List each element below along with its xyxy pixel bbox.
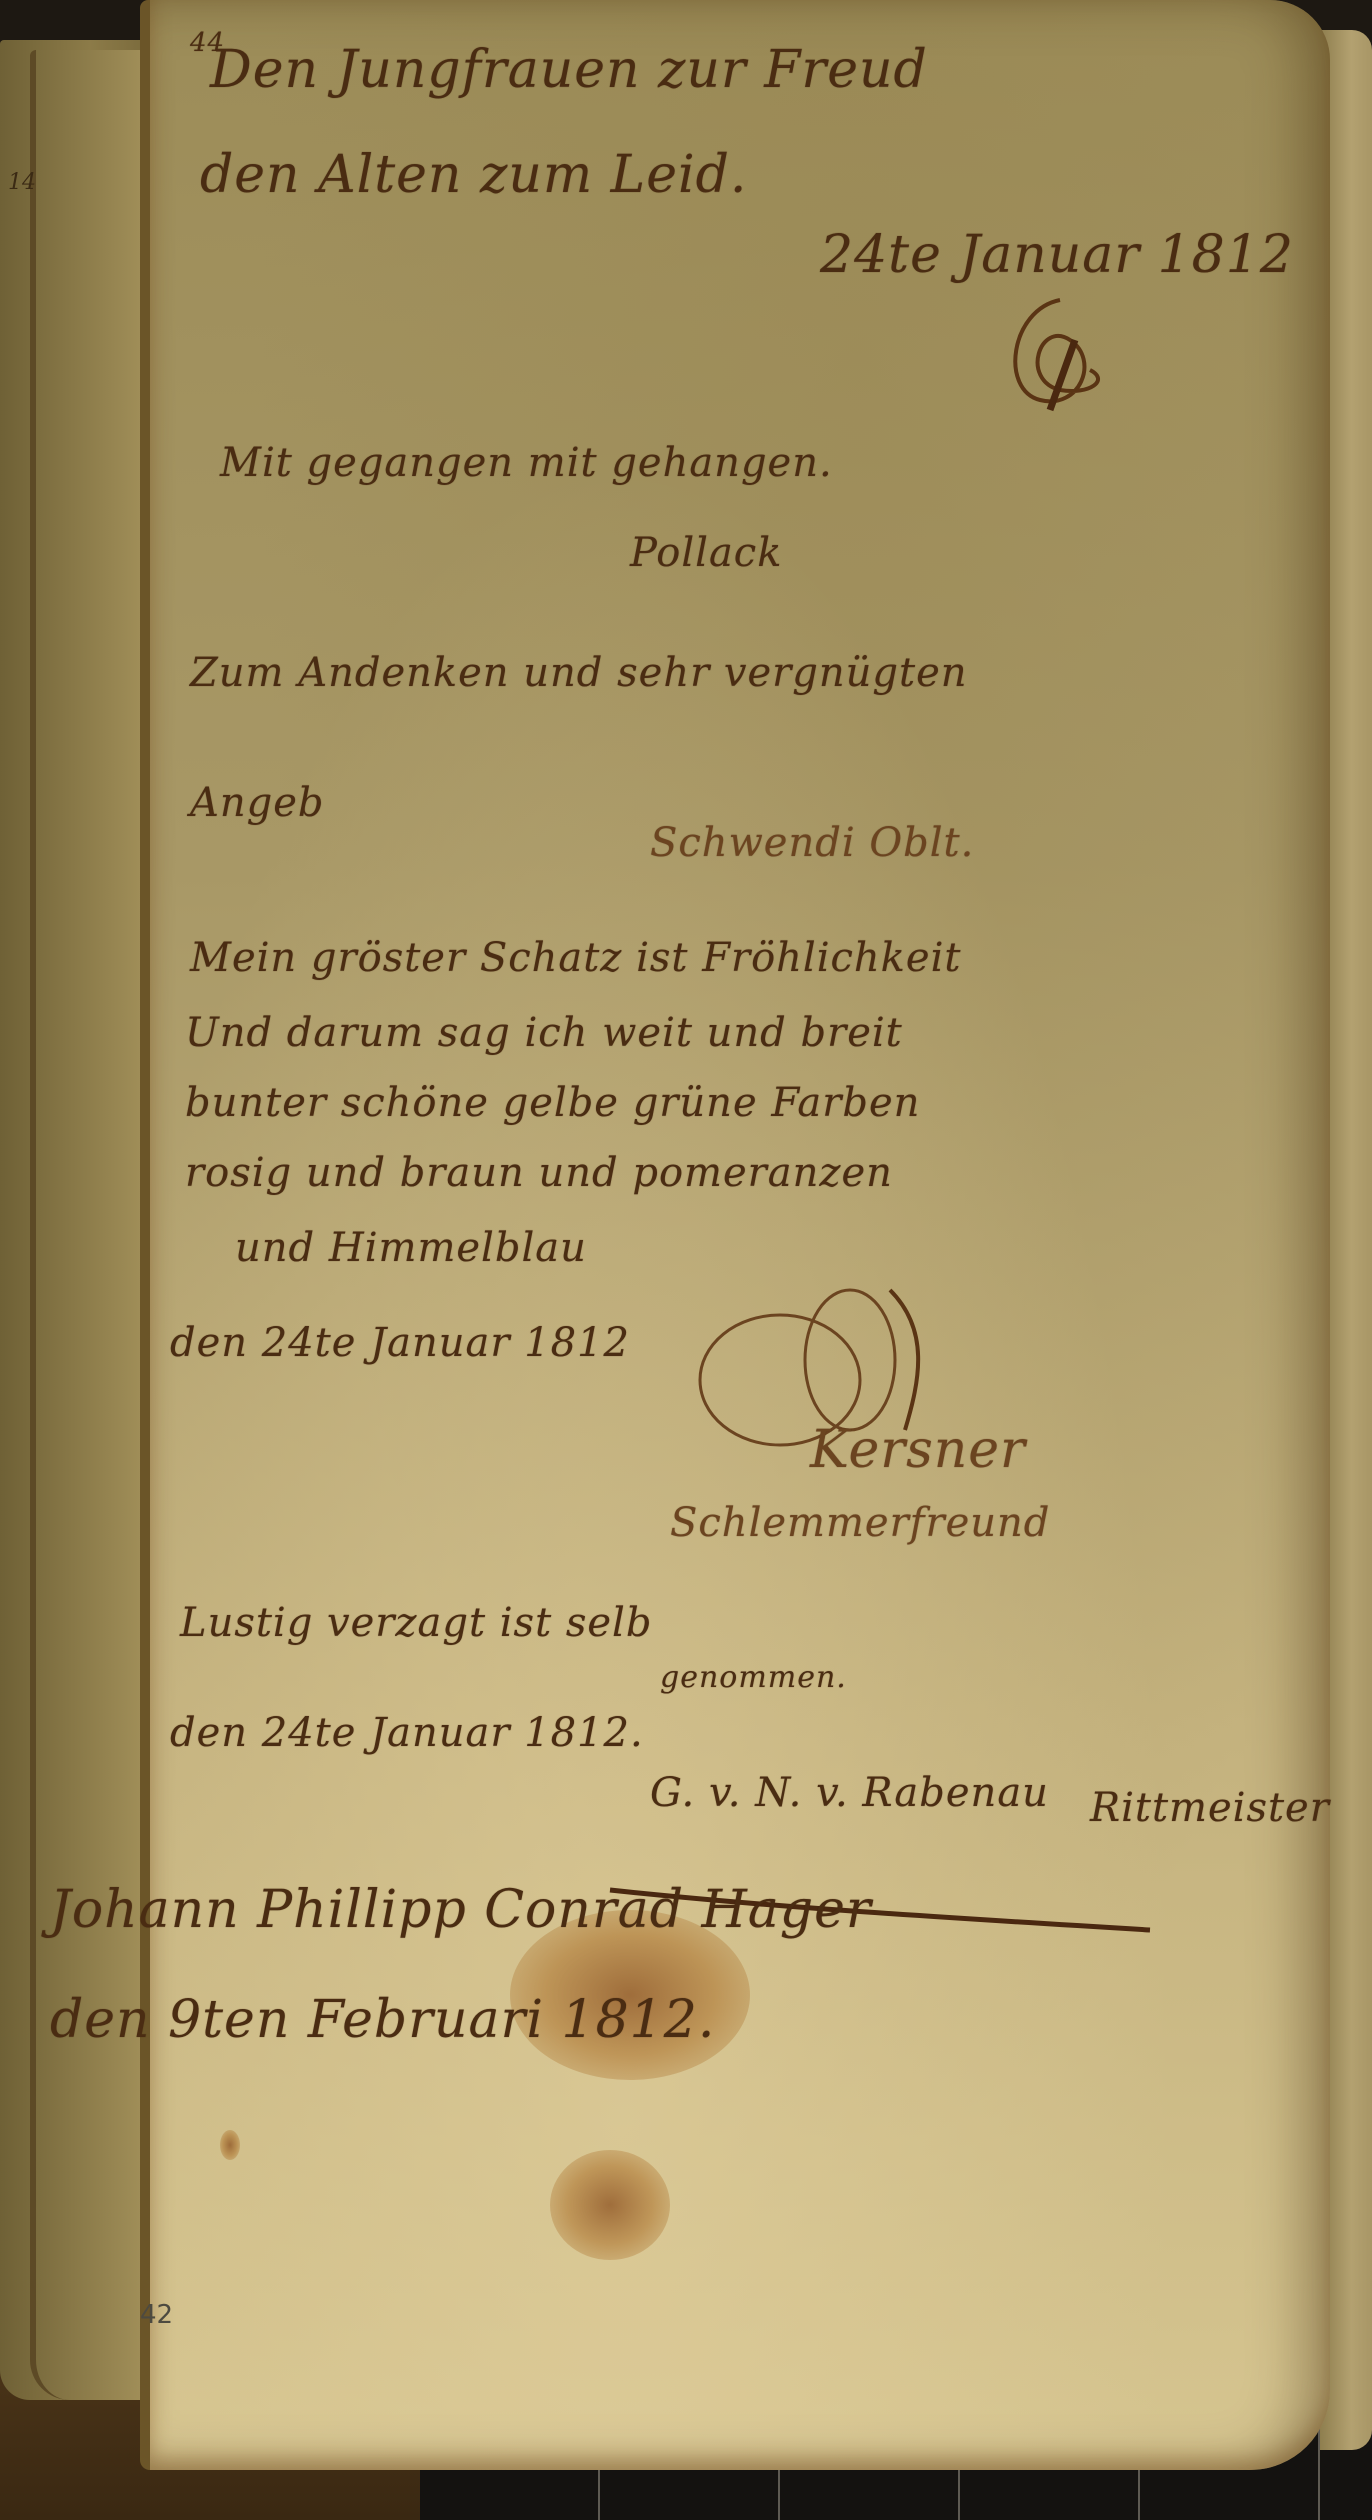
entry-4-line-3: bunter schöne gelbe grüne Farben [185, 1080, 920, 1126]
entry-6-date: den 9ten Februari 1812. [50, 1990, 715, 2050]
lower-stain [550, 2150, 670, 2260]
entry-5-line-1: Lustig verzagt ist selb [180, 1600, 652, 1646]
entry-2-signature: Pollack [630, 530, 782, 576]
entry-3-signature: Schwendi Oblt. [650, 820, 974, 866]
entry-1-line-1: Den Jungfrauen zur Freud [210, 40, 928, 100]
entry-1-date: 24te Januar 1812 [820, 225, 1294, 285]
entry-4-line-4: rosig und braun und pomeranzen [185, 1150, 893, 1196]
entry-4-line-1: Mein gröster Schatz ist Fröhlichkeit [190, 935, 961, 981]
entry-4-date: den 24te Januar 1812 [170, 1320, 630, 1366]
under-page-number: 14 [8, 170, 36, 195]
entry-1-line-2: den Alten zum Leid. [200, 145, 747, 205]
entry-3-line-1: Zum Andenken und sehr vergnügten [190, 650, 968, 696]
entry-6-line-1: Johann Phillipp Conrad Hager [50, 1880, 872, 1940]
monogram-signature-icon [980, 280, 1130, 430]
manuscript-page: 44 Den Jungfrauen zur Freud den Alten zu… [140, 0, 1330, 2470]
entry-4-signature-main: Kersner [810, 1420, 1026, 1480]
entry-5-signature: G. v. N. v. Rabenau [650, 1770, 1049, 1816]
entry-5-line-2: genommen. [660, 1660, 847, 1695]
entry-5-date: den 24te Januar 1812. [170, 1710, 644, 1756]
entry-4-signature-sub: Schlemmerfreund [670, 1500, 1050, 1546]
entry-4-line-5: und Himmelblau [235, 1225, 587, 1271]
small-stain [220, 2130, 240, 2160]
entry-3-line-2: Angeb [190, 780, 325, 826]
entry-5-signature-suffix: Rittmeister [1090, 1785, 1330, 1831]
page-number-pencil: 42 [140, 2300, 173, 2330]
entry-2-line-1: Mit gegangen mit gehangen. [220, 440, 833, 486]
entry-4-line-2: Und darum sag ich weit und breit [185, 1010, 903, 1056]
